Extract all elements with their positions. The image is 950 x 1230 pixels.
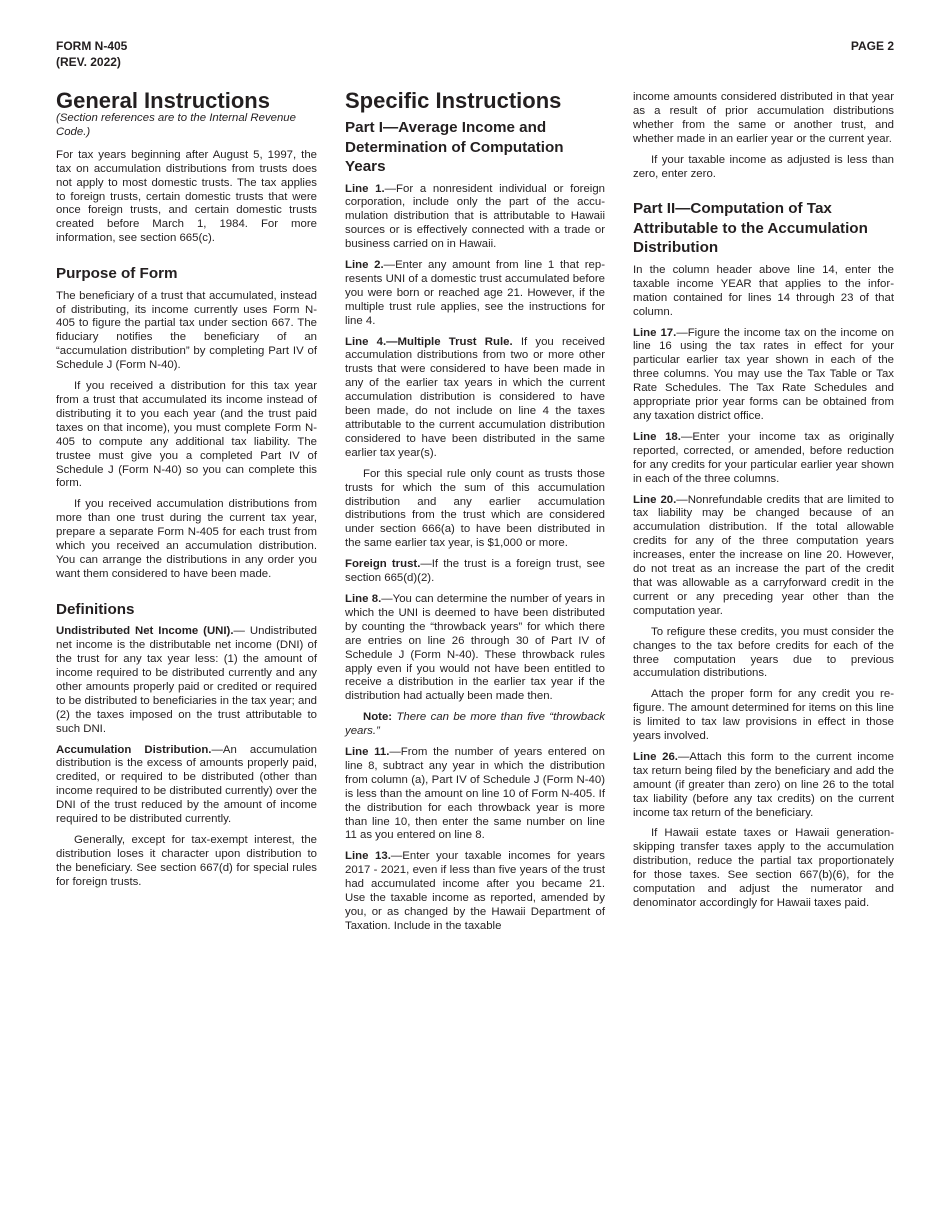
definition-uni: Undistributed Net Income (UNI).— Undistr… xyxy=(56,625,317,736)
part2-heading: Part II—Computation of Tax Attributable … xyxy=(633,199,894,258)
line-13-continued: income amounts considered distributed in… xyxy=(633,91,894,147)
line-11-instruction: Line 11.—From the number of years entere… xyxy=(345,746,605,843)
part1-heading: Part I—Average Income and Determination … xyxy=(345,118,605,177)
column-specific-instructions: Specific Instructions Part I—Average Inc… xyxy=(345,90,605,934)
line-13-text: —Enter your taxable incomes for years 20… xyxy=(345,850,605,932)
line-18-label: Line 18. xyxy=(633,431,681,443)
line-26-estate-taxes: If Hawaii estate taxes or Hawaii generat… xyxy=(633,827,894,910)
line-2-text: —Enter any amount from line 1 that rep­r… xyxy=(345,259,605,327)
line-8-instruction: Line 8.—You can determine the number of … xyxy=(345,593,605,704)
line-20-label: Line 20. xyxy=(633,494,676,506)
line-20-instruction: Line 20.—Nonrefundable credits that are … xyxy=(633,494,894,619)
line-20-refigure: To refigure these credits, you must cons… xyxy=(633,626,894,682)
line-4-special-rule: For this special rule only count as trus… xyxy=(345,468,605,551)
page-number: PAGE 2 xyxy=(851,38,894,54)
line-2-instruction: Line 2.—Enter any amount from line 1 tha… xyxy=(345,259,605,329)
note-label: Note: xyxy=(363,711,392,723)
line-2-label: Line 2. xyxy=(345,259,384,271)
line-8-note: Note: There can be more than five “throw… xyxy=(345,711,605,739)
line-4-text: If you received accumulation distributio… xyxy=(345,336,605,459)
line-17-label: Line 17. xyxy=(633,327,676,339)
line-13-label: Line 13. xyxy=(345,850,391,862)
definition-accumulation-distribution: Accumulation Distribution.—An accumula­t… xyxy=(56,744,317,827)
line-1-instruction: Line 1.—For a nonresident individual or … xyxy=(345,183,605,253)
line-4-instruction: Line 4.—Multiple Trust Rule. If you rece… xyxy=(345,336,605,461)
definitions-heading: Definitions xyxy=(56,600,317,620)
definition-ad-term: Accumulation Distribution. xyxy=(56,744,211,756)
column-general-instructions: General Instructions (Section references… xyxy=(56,90,317,897)
specific-instructions-title: Specific Instructions xyxy=(345,90,605,112)
line-26-instruction: Line 26.—Attach this form to the current… xyxy=(633,751,894,821)
line-18-instruction: Line 18.—Enter your income tax as origin… xyxy=(633,431,894,487)
line-4-label: Line 4.—Multiple Trust Rule. xyxy=(345,336,513,348)
definition-uni-term: Undistributed Net Income (UNI). xyxy=(56,625,234,637)
purpose-paragraph-1: The beneficiary of a trust that accumula… xyxy=(56,290,317,373)
line-11-label: Line 11. xyxy=(345,746,389,758)
line-8-text: —You can determine the number of years i… xyxy=(345,593,605,702)
form-header: FORM N-405 (REV. 2022) xyxy=(56,38,127,70)
definition-uni-text: — Undistrib­uted net income is the distr… xyxy=(56,625,317,734)
line-1-text: —For a nonresident individual or foreign… xyxy=(345,183,605,251)
foreign-trust-instruction: Foreign trust.—If the trust is a foreign… xyxy=(345,558,605,586)
general-intro: For tax years beginning after August 5, … xyxy=(56,149,317,246)
section-reference-note: (Section references are to the Internal … xyxy=(56,112,317,140)
general-instructions-title: General Instructions xyxy=(56,90,317,112)
purpose-paragraph-3: If you received accumulation distributio… xyxy=(56,498,317,581)
part2-intro: In the column header above line 14, ente… xyxy=(633,264,894,320)
definition-general-note: Generally, except for tax-exempt interes… xyxy=(56,834,317,890)
line-8-label: Line 8. xyxy=(345,593,381,605)
line-1-label: Line 1. xyxy=(345,183,385,195)
line-13-instruction: Line 13.—Enter your taxable incomes for … xyxy=(345,850,605,933)
purpose-heading: Purpose of Form xyxy=(56,264,317,284)
line-26-label: Line 26. xyxy=(633,751,678,763)
line-17-text: —Figure the income tax on the income on … xyxy=(633,327,894,422)
line-11-text: —From the number of years entered on lin… xyxy=(345,746,605,841)
column-specific-continued: income amounts considered distributed in… xyxy=(633,91,894,918)
line-17-instruction: Line 17.—Figure the income tax on the in… xyxy=(633,327,894,424)
form-number: FORM N-405 xyxy=(56,38,127,54)
form-revision: (REV. 2022) xyxy=(56,54,127,70)
purpose-paragraph-2: If you received a distribution for this … xyxy=(56,380,317,491)
foreign-trust-label: Foreign trust. xyxy=(345,558,420,570)
line-20-text: —Nonrefundable credits that are lim­ited… xyxy=(633,494,894,617)
line-13-zero-note: If your taxable income as adjusted is le… xyxy=(633,154,894,182)
line-20-attach: Attach the proper form for any credit yo… xyxy=(633,688,894,744)
